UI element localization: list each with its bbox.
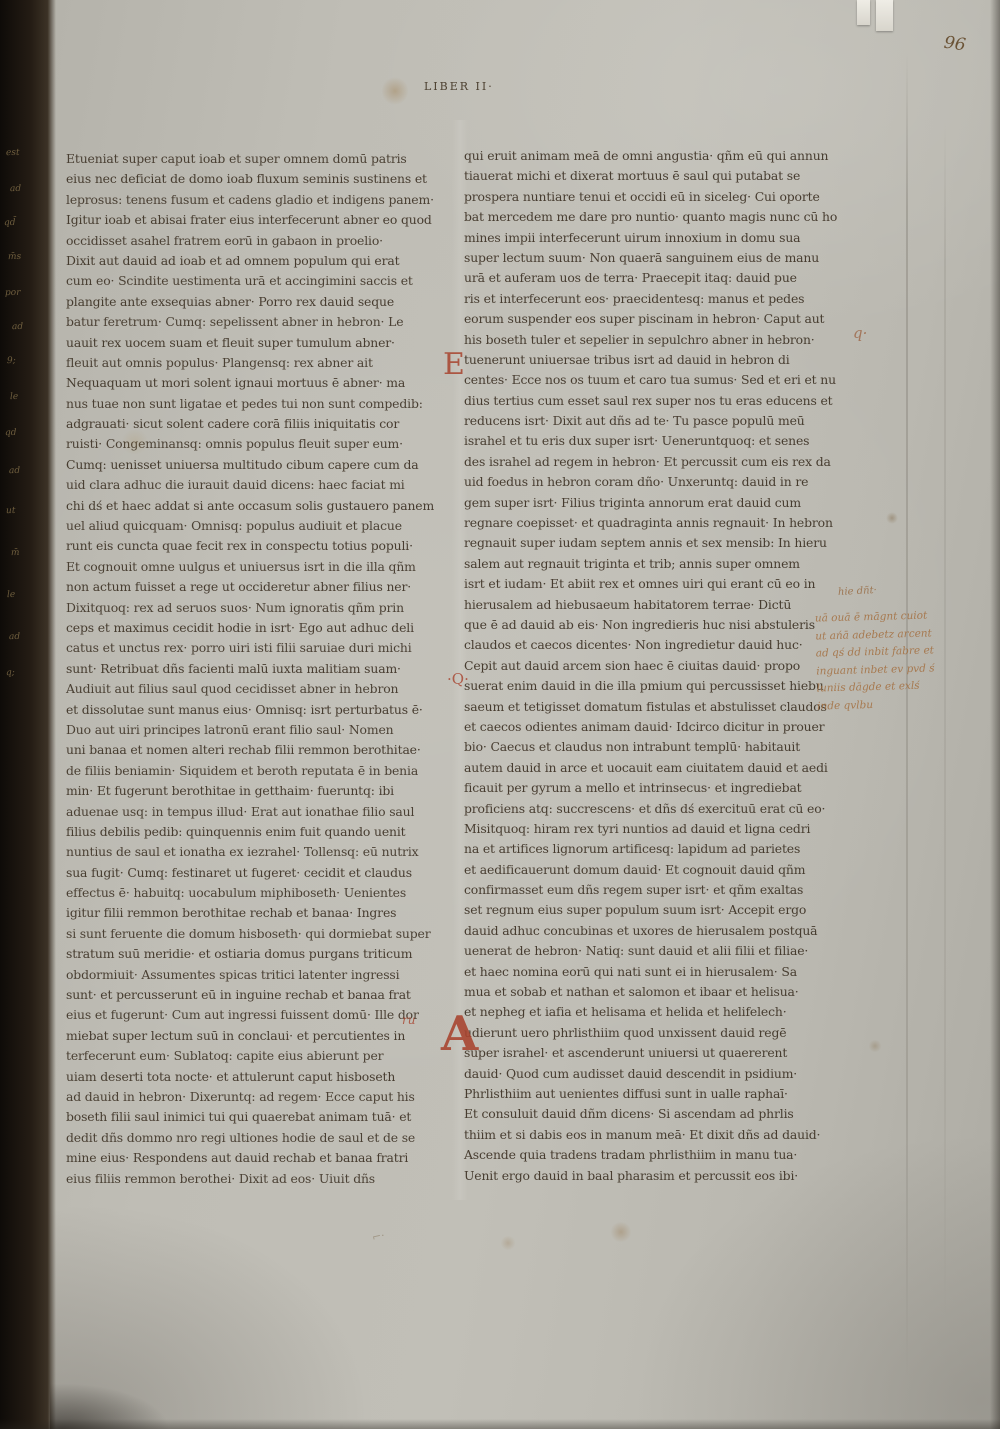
manuscript-line: terfecerunt eum· Sublatoq: capite eius a… xyxy=(66,1046,464,1066)
manuscript-line: dauid· Quod cum audisset dauid descendit… xyxy=(464,1064,882,1084)
rubric-chapter-mark: ·Q· xyxy=(447,670,469,688)
manuscript-line: min· Et fugerunt berothitae in getthaim·… xyxy=(66,781,464,801)
edge-text-fragment: por xyxy=(5,288,21,298)
bookmark-tab xyxy=(876,0,893,31)
manuscript-line: adgrauati· sicut solent cadere corā fili… xyxy=(66,414,464,434)
stain xyxy=(382,76,408,106)
margin-gloss-note: hie dñt· xyxy=(838,585,877,598)
manuscript-line: na et artifices lignorum artificesq: lap… xyxy=(464,839,882,859)
manuscript-line: sua fugit· Cumq: festinaret ut fugeret· … xyxy=(66,863,464,883)
manuscript-line: ficauit per gyrum a mello et intrinsecus… xyxy=(464,778,882,798)
edge-text-fragment: ad xyxy=(10,184,21,194)
manuscript-line: uid foedus in hebron coram dño· Unxerunt… xyxy=(464,472,882,492)
manuscript-line: centes· Ecce nos os tuum et caro tua sum… xyxy=(464,370,882,390)
manuscript-line: israhel et tu eris dux super isrt· Uener… xyxy=(464,431,882,451)
manuscript-line: proficiens atq: succrescens· et dñs dś e… xyxy=(464,799,882,819)
vertical-crease xyxy=(944,120,946,1320)
manuscript-line: ceps et maximus cecidit hodie in isrt· E… xyxy=(66,618,464,638)
manuscript-line: plangite ante exsequias abner· Porro rex… xyxy=(66,292,464,312)
manuscript-line: miebat super lectum suū in conclaui· et … xyxy=(66,1026,464,1046)
manuscript-line: Nequaquam ut mori solent ignaui mortuus … xyxy=(66,373,464,393)
manuscript-line: uel aliud quicquam· Omnisq: populus audi… xyxy=(66,516,464,536)
manuscript-line: dauid adhuc concubinas et uxores de hier… xyxy=(464,921,882,941)
manuscript-line: des israhel ad regem in hebron· Et percu… xyxy=(464,452,882,472)
edge-text-fragment: m̄ xyxy=(11,548,20,558)
manuscript-line: regnare coepisset· et quadraginta annis … xyxy=(464,513,882,533)
rubric-initial-E: E xyxy=(443,350,465,380)
manuscript-line: mines impii interfecerunt uirum innoxium… xyxy=(464,228,882,248)
manuscript-line: set regnum eius super populum suum isrt·… xyxy=(464,900,882,920)
manuscript-line: eius filiis remmon berothei· Dixit ad eo… xyxy=(66,1169,464,1189)
manuscript-line: uauit rex uocem suam et fleuit super tum… xyxy=(66,333,464,353)
manuscript-line: dius tertius cum esset saul rex super no… xyxy=(464,391,882,411)
manuscript-line: cum eo· Scindite uestimenta urā et accin… xyxy=(66,271,464,291)
edge-text-fragment: m̄s xyxy=(8,252,21,262)
manuscript-line: boseth filii saul inimici tui qui quaere… xyxy=(66,1107,464,1127)
manuscript-line: Etueniat super caput ioab et super omnem… xyxy=(66,149,464,169)
manuscript-line: reducens isrt· Dixit aut dñs ad te· Tu p… xyxy=(464,411,882,431)
edge-text-fragment: qd̄ xyxy=(4,218,16,228)
manuscript-line: effectus ē· habuitq: uocabulum miphibose… xyxy=(66,883,464,903)
edge-text-fragment: le xyxy=(7,590,15,600)
manuscript-line: chi dś et haec addat si ante occasum sol… xyxy=(66,496,464,516)
manuscript-line: et dissolutae sunt manus eius· Omnisq: i… xyxy=(66,700,464,720)
manuscript-line: leprosus: tenens fusum et cadens gladio … xyxy=(66,190,464,210)
manuscript-line: eius nec deficiat de domo ioab fluxum se… xyxy=(66,169,464,189)
manuscript-line: Dixitquoq: rex ad seruos suos· Num ignor… xyxy=(66,598,464,618)
manuscript-line: super israhel· et ascenderunt uniuersi u… xyxy=(464,1043,882,1063)
manuscript-line: Igitur ioab et abisai frater eius interf… xyxy=(66,210,464,230)
manuscript-line: runt eis cuncta quae fecit rex in conspe… xyxy=(66,536,464,556)
manuscript-line: sunt· Retribuat dñs facienti malū iuxta … xyxy=(66,659,464,679)
manuscript-line: igitur filii remmon berothitae rechab et… xyxy=(66,903,464,923)
manuscript-line: mine eius· Respondens aut dauid rechab e… xyxy=(66,1148,464,1168)
manuscript-page: estadqd̄m̄sporad9;leqdadutm̄leadq; LIBER… xyxy=(0,0,1000,1429)
folio-number: 96 xyxy=(943,33,967,56)
manuscript-line: et nepheg et iafia et helisama et helida… xyxy=(464,1002,882,1022)
pen-trial-mark: ⌐· xyxy=(371,1229,386,1244)
manuscript-line: urā et auferam uos de terra· Praecepit i… xyxy=(464,268,882,288)
manuscript-line: isrt et iudam· Et abiit rex et omnes uir… xyxy=(464,574,882,594)
manuscript-line: et caecos odientes animam dauid· Idcirco… xyxy=(464,717,882,737)
manuscript-line: salem aut regnauit triginta et trib; ann… xyxy=(464,554,882,574)
manuscript-line: ad dauid in hebron· Dixeruntq: ad regem·… xyxy=(66,1087,464,1107)
manuscript-line: Cumq: uenisset uniuersa multitudo cibum … xyxy=(66,455,464,475)
manuscript-line: batur feretrum· Cumq: sepelissent abner … xyxy=(66,312,464,332)
vertical-crease xyxy=(906,50,908,1380)
manuscript-line: stratum suū meridie· et ostiaria domus p… xyxy=(66,944,464,964)
manuscript-line: uiam deserti tota nocte· et attulerunt c… xyxy=(66,1067,464,1087)
manuscript-line: tiauerat michi et dixerat mortuus ē saul… xyxy=(464,166,882,186)
manuscript-line: Et consuluit dauid dñm dicens· Si ascend… xyxy=(464,1104,882,1124)
running-title: LIBER II· xyxy=(424,80,494,93)
manuscript-line: his boseth tuler et sepelier in sepulchr… xyxy=(464,330,882,350)
manuscript-line: regnauit super iudam septem annis et sex… xyxy=(464,533,882,553)
manuscript-line: Duo aut uiri principes latronū erant fil… xyxy=(66,720,464,740)
edge-text-fragment: qd xyxy=(5,428,17,438)
manuscript-line: aduenae usq: in tempus illud· Erat aut i… xyxy=(66,802,464,822)
edge-text-fragment: le xyxy=(10,392,18,402)
stain xyxy=(500,1236,516,1250)
manuscript-line: ruisti· Congeminansq: omnis populus fleu… xyxy=(66,434,464,454)
manuscript-line: occidisset asahel fratrem eorū in gabaon… xyxy=(66,231,464,251)
manuscript-line: prospera nuntiare tenui et occidi eū in … xyxy=(464,187,882,207)
manuscript-line: filius debilis pedib: quinquennis enim f… xyxy=(66,822,464,842)
edge-text-fragment: 9; xyxy=(7,356,16,366)
manuscript-line: ris et interfecerunt eos· praecidentesq:… xyxy=(464,289,882,309)
manuscript-line: dedit dñs dommo nro regi ultiones hodie … xyxy=(66,1128,464,1148)
manuscript-line: eorum suspender eos super piscinam in he… xyxy=(464,309,882,329)
manuscript-line: sunt· et percusserunt eū in inguine rech… xyxy=(66,985,464,1005)
manuscript-line: Et cognouit omne uulgus et uniuersus isr… xyxy=(66,557,464,577)
manuscript-line: mua et sobab et nathan et salomon et iba… xyxy=(464,982,882,1002)
manuscript-line: Phrlisthiim aut uenientes diffusi sunt i… xyxy=(464,1084,882,1104)
stain xyxy=(886,512,898,524)
manuscript-line: obdormiuit· Assumentes spicas tritici la… xyxy=(66,965,464,985)
manuscript-line: autem dauid in arce et uocauit eam ciuit… xyxy=(464,758,882,778)
rubric-caret-mark: ru xyxy=(402,1013,415,1027)
manuscript-line: Audiuit aut filius saul quod cecidisset … xyxy=(66,679,464,699)
manuscript-line: catus et unctus rex· porro uiri isti fil… xyxy=(66,638,464,658)
manuscript-line: Uenit ergo dauid in baal pharasim et per… xyxy=(464,1166,882,1186)
margin-quire-mark: q· xyxy=(853,324,867,342)
manuscript-line: Misitquoq: hiram rex tyri nuntios ad dau… xyxy=(464,819,882,839)
manuscript-line: nus tuae non sunt ligatae et pedes tui n… xyxy=(66,394,464,414)
bookmark-tab xyxy=(857,0,870,25)
manuscript-line: bat mercedem me dare pro nuntio· quanto … xyxy=(464,207,882,227)
rubric-initial-A: A xyxy=(441,1010,478,1058)
page-edge-right xyxy=(990,0,1000,1429)
margin-gloss-block: uā ouā ē māgnt cuiotut ańā adebetz arcen… xyxy=(815,606,1000,716)
edge-text-fragment: ut xyxy=(6,506,16,516)
manuscript-line: uenerat de hebron· Natiq: sunt dauid et … xyxy=(464,941,882,961)
manuscript-line: super lectum suum· Non quaerā sanguinem … xyxy=(464,248,882,268)
manuscript-line: non actum fuisset a rege ut occideretur … xyxy=(66,577,464,597)
edge-text-fragment: ad xyxy=(9,466,20,476)
manuscript-line: tuenerunt uniuersae tribus isrt ad dauid… xyxy=(464,350,882,370)
manuscript-line: nuntius de saul et ionatha ex iezrahel· … xyxy=(66,842,464,862)
manuscript-line: confirmasset eum dñs regem super isrt· e… xyxy=(464,880,882,900)
manuscript-line: qui eruit animam meā de omni angustia· q… xyxy=(464,146,882,166)
manuscript-line: gem super isrt· Filius triginta annorum … xyxy=(464,493,882,513)
edge-text-fragment: q; xyxy=(6,668,15,678)
manuscript-line: Dixit aut dauid ad ioab et ad omnem popu… xyxy=(66,251,464,271)
manuscript-line: et aedificauerunt domum dauid· Et cognou… xyxy=(464,860,882,880)
manuscript-line: udierunt uero phrlisthiim quod unxissent… xyxy=(464,1023,882,1043)
book-edge-strip: estadqd̄m̄sporad9;leqdadutm̄leadq; xyxy=(0,0,56,1429)
manuscript-line: de filiis beniamin· Siquidem et beroth r… xyxy=(66,761,464,781)
edge-text-fragment: ad xyxy=(12,322,23,332)
edge-text-fragment: ad xyxy=(9,632,20,642)
manuscript-line: fleuit aut omnis populus· Plangensq: rex… xyxy=(66,353,464,373)
manuscript-line: thiim et si dabis eos in manum meā· Et d… xyxy=(464,1125,882,1145)
page-corner-shadow xyxy=(50,1383,170,1429)
manuscript-line: et haec nomina eorū qui nati sunt ei in … xyxy=(464,962,882,982)
manuscript-line: si sunt feruente die domum hisboseth· qu… xyxy=(66,924,464,944)
manuscript-line: uni banaa et nomen alteri rechab filii r… xyxy=(66,740,464,760)
edge-text-fragment: est xyxy=(6,148,20,158)
stain xyxy=(610,1222,632,1242)
manuscript-line: uid clara adhuc die iurauit dauid dicens… xyxy=(66,475,464,495)
manuscript-line: bio· Caecus et claudus non intrabunt tem… xyxy=(464,737,882,757)
manuscript-line: Ascende quia tradens tradam phrlisthiim … xyxy=(464,1145,882,1165)
text-column-left: Etueniat super caput ioab et super omnem… xyxy=(66,149,464,1189)
